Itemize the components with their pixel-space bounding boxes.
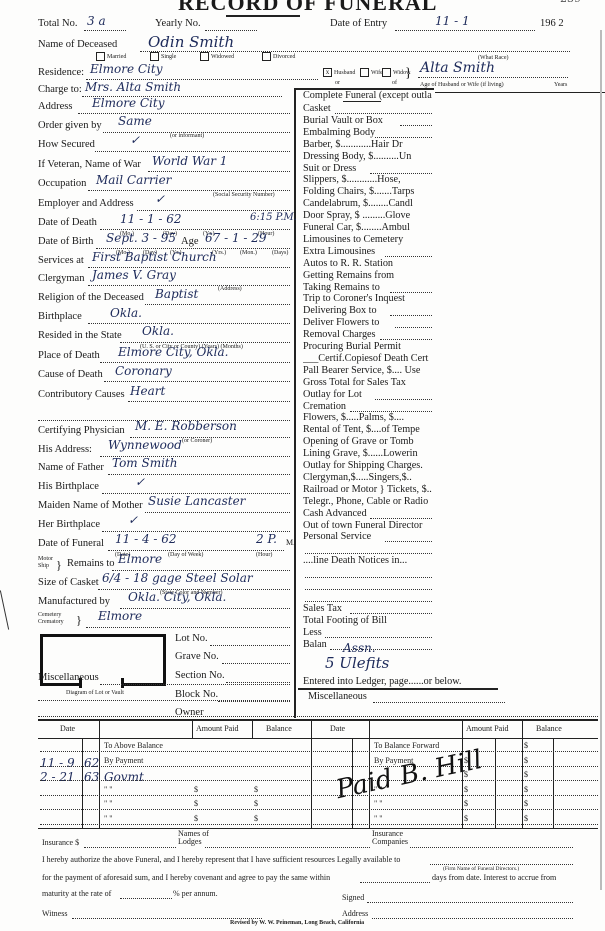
section-no-label: Section No. bbox=[175, 670, 225, 681]
date-of-birth-label: Date of Birth bbox=[38, 236, 93, 247]
physician-value[interactable]: M. E. Robberson bbox=[135, 419, 237, 433]
cemetery-value[interactable]: Elmore bbox=[98, 609, 142, 623]
father-value[interactable]: Tom Smith bbox=[112, 456, 177, 470]
ledger-balance[interactable]: $ bbox=[524, 756, 528, 765]
ledger-description: " " bbox=[104, 799, 113, 808]
charge-item: ....line Death Notices in... bbox=[303, 555, 432, 566]
ledger-amount[interactable]: $ bbox=[464, 814, 468, 823]
funeral-record-page: RECORD OF FUNERAL 239 Total No. 3 a Year… bbox=[0, 0, 605, 931]
ledger-date[interactable]: 2 - 21 bbox=[40, 770, 75, 784]
address-label: Address bbox=[38, 101, 72, 112]
charge-item: Rental of Tent, $....of Tempe bbox=[303, 424, 432, 435]
contributory-label: Contributory Causes bbox=[38, 389, 125, 400]
his-birthplace-label: His Birthplace bbox=[38, 481, 99, 492]
birthplace-value[interactable]: Okla. bbox=[110, 306, 142, 320]
residence-value[interactable]: Elmore City bbox=[90, 62, 162, 76]
ledger-left-date-header: Date bbox=[60, 724, 75, 733]
charge-item: Door Spray, $ .........Glove bbox=[303, 210, 432, 221]
signed-label: Signed bbox=[342, 893, 364, 902]
her-birthplace-label: Her Birthplace bbox=[38, 519, 100, 530]
widowed-checkbox[interactable]: Widowed bbox=[200, 52, 234, 61]
veteran-label: If Veteran, Name of War bbox=[38, 159, 141, 170]
charges-misc-label: Miscellaneous bbox=[308, 691, 508, 702]
date-of-death-hour[interactable]: 6:15 P.M. bbox=[250, 212, 297, 223]
resided-label: Resided in the State bbox=[38, 330, 122, 341]
signed-field[interactable] bbox=[367, 902, 573, 903]
page-title: RECORD OF FUNERAL bbox=[178, 0, 437, 16]
religion-label: Religion of the Deceased bbox=[38, 292, 144, 303]
wife-checkbox[interactable]: Wife bbox=[360, 68, 383, 77]
charge-item: Slippers, $............Hose, bbox=[303, 174, 432, 185]
how-secured-label: How Secured bbox=[38, 139, 95, 150]
contributory-value[interactable]: Heart bbox=[130, 384, 165, 398]
ledger-balance[interactable]: $ bbox=[254, 814, 258, 823]
husband-checkbox[interactable]: xHusband bbox=[323, 68, 355, 77]
charge-item: ___Certif.Copiesof Death Cert bbox=[303, 353, 432, 364]
occupation-label: Occupation bbox=[38, 178, 86, 189]
place-of-death-value[interactable]: Elmore City, Okla. bbox=[118, 345, 228, 359]
footer-address-label: Address bbox=[342, 909, 368, 918]
charge-item: Funeral Car, $........Ambul bbox=[303, 222, 432, 233]
charge-item: Procuring Burial Permit bbox=[303, 341, 432, 352]
ledger-balance[interactable]: $ bbox=[254, 785, 258, 794]
clergyman-label: Clergyman bbox=[38, 273, 84, 284]
balance-value[interactable]: 5 Ulefits bbox=[325, 654, 389, 672]
services-label: Services at bbox=[38, 255, 84, 266]
payment-text: for the payment of aforesaid sum, and I … bbox=[42, 873, 330, 882]
page-number: 239 bbox=[560, 0, 581, 5]
order-given-label: Order given by bbox=[38, 120, 102, 131]
charge-item: Candelabrum, $........Candl bbox=[303, 198, 432, 209]
ledger-left-amount-header: Amount Paid bbox=[196, 724, 238, 733]
companies-label: Insurance Companies bbox=[372, 830, 408, 846]
father-label: Name of Father bbox=[38, 462, 104, 473]
charge-item: Out of town Funeral Director bbox=[303, 520, 432, 531]
ledger-balance[interactable]: $ bbox=[524, 741, 528, 750]
his-birthplace-value[interactable]: ✓ bbox=[135, 475, 145, 489]
name-deceased-value[interactable]: Odin Smith bbox=[148, 33, 234, 51]
occupation-value[interactable]: Mail Carrier bbox=[96, 173, 171, 187]
authorize-text: I hereby authorize the above Funeral, an… bbox=[42, 855, 400, 864]
charge-item: Gross Total for Sales Tax bbox=[303, 377, 432, 388]
ledger-description: " " bbox=[104, 814, 113, 823]
physician-label: Certifying Physician bbox=[38, 425, 125, 436]
spouse-name-value[interactable]: Alta Smith bbox=[420, 60, 495, 76]
charge-item: Opening of Grave or Tomb bbox=[303, 436, 432, 447]
residence-label: Residence: bbox=[38, 67, 84, 78]
his-address-value[interactable]: Wynnewood bbox=[108, 438, 182, 452]
charges-heading: Complete Funeral (except outla bbox=[303, 90, 432, 101]
ledger-description: To Above Balance bbox=[104, 741, 163, 750]
ledger-year[interactable]: 63 bbox=[84, 770, 99, 784]
ledger-balance[interactable]: $ bbox=[524, 785, 528, 794]
less-value[interactable]: Assn. bbox=[343, 641, 376, 655]
ledger-balance[interactable]: $ bbox=[524, 770, 528, 779]
charge-item: Total Footing of Bill bbox=[303, 615, 432, 626]
ledger-description: " " bbox=[374, 814, 383, 823]
remains-label: Remains to bbox=[67, 558, 115, 569]
page-edge bbox=[600, 30, 602, 890]
ledger-description: " " bbox=[104, 785, 113, 794]
services-value[interactable]: First Baptist Church bbox=[92, 250, 217, 264]
employer-value[interactable]: ✓ bbox=[155, 192, 165, 206]
charge-item: Trip to Coroner's Inquest bbox=[303, 293, 432, 304]
lot-no-label: Lot No. bbox=[175, 633, 208, 644]
her-birthplace-value[interactable]: ✓ bbox=[128, 513, 138, 527]
order-given-value[interactable]: Same bbox=[118, 114, 152, 128]
remains-value[interactable]: Elmore bbox=[118, 552, 162, 566]
charge-item: Clergyman,$.....Singers,$.. bbox=[303, 472, 432, 483]
ledger-date[interactable]: 11 - 9 bbox=[40, 756, 75, 770]
funeral-time-value[interactable]: 2 P. bbox=[256, 532, 277, 546]
charge-to-label: Charge to: bbox=[38, 84, 82, 95]
witness-field[interactable] bbox=[72, 918, 262, 919]
total-no-label: Total No. bbox=[38, 18, 78, 29]
ledger-balance[interactable]: $ bbox=[254, 799, 258, 808]
charge-item: Barber, $............Hair Dr bbox=[303, 139, 432, 150]
charge-item: Limousines to Cemetery bbox=[303, 234, 432, 245]
his-address-label: His Address: bbox=[38, 444, 92, 455]
years-label: Years bbox=[554, 82, 567, 88]
age-label: Age bbox=[181, 236, 199, 247]
cause-label: Cause of Death bbox=[38, 369, 103, 380]
charge-item: Getting Remains from bbox=[303, 270, 432, 281]
ledger-left-balance-header: Balance bbox=[266, 724, 292, 733]
insurance-label: Insurance $ bbox=[42, 838, 79, 847]
charge-item: Outlay for Shipping Charges. bbox=[303, 460, 432, 471]
spouse-or-label: or bbox=[335, 80, 340, 86]
ledger-right-amount-header: Amount Paid bbox=[466, 724, 508, 733]
date-of-entry-year: 196 2 bbox=[540, 18, 564, 29]
charge-item: Flowers, $.....Palms, $.... bbox=[303, 412, 432, 423]
charge-item: Folding Chairs, $.......Tarps bbox=[303, 186, 432, 197]
single-checkbox[interactable]: Single bbox=[150, 52, 176, 61]
clergyman-value[interactable]: James V. Gray bbox=[92, 268, 176, 282]
resided-value[interactable]: Okla. bbox=[142, 324, 174, 338]
ledger-top-border bbox=[38, 719, 598, 721]
date-of-death-value[interactable]: 11 - 1 - 62 bbox=[120, 212, 182, 226]
date-of-entry-value[interactable]: 11 - 1 bbox=[435, 14, 470, 28]
charges-box-border bbox=[294, 88, 296, 718]
total-no-value[interactable]: 3 a bbox=[87, 14, 106, 28]
ledger-right-balance-header: Balance bbox=[536, 724, 562, 733]
spouse-of-label: of bbox=[392, 80, 397, 86]
date-of-entry-label: Date of Entry bbox=[330, 18, 387, 29]
ledger-right-date-header: Date bbox=[330, 724, 345, 733]
manufactured-value[interactable]: Okla. City, Okla. bbox=[128, 590, 226, 604]
ledger-amount[interactable]: $ bbox=[464, 785, 468, 794]
yearly-no-label: Yearly No. bbox=[155, 18, 201, 29]
birthplace-label: Birthplace bbox=[38, 311, 82, 322]
veteran-value[interactable]: World War 1 bbox=[152, 154, 227, 168]
ledger-amount[interactable]: $ bbox=[194, 814, 198, 823]
revised-credit: Revised by W. W. Peineman, Long Beach, C… bbox=[230, 920, 364, 926]
ledger-label: Entered into Ledger, page......or below. bbox=[303, 676, 503, 687]
cause-value[interactable]: Coronary bbox=[115, 364, 172, 378]
witness-label: Witness bbox=[42, 909, 67, 918]
charge-item: Lining Grave, $......Lowerin bbox=[303, 448, 432, 459]
footer-address-field[interactable] bbox=[372, 918, 573, 919]
casket-label: Size of Casket bbox=[38, 577, 99, 588]
ledger-balance[interactable]: $ bbox=[524, 799, 528, 808]
cemetery-label: Cemetery Crematory bbox=[38, 612, 64, 626]
employer-label: Employer and Address bbox=[38, 198, 134, 209]
date-of-death-label: Date of Death bbox=[38, 217, 97, 228]
mother-value[interactable]: Susie Lancaster bbox=[148, 494, 245, 508]
ledger-description: " " bbox=[374, 799, 383, 808]
date-of-birth-value[interactable]: Sept. 3 - 95 bbox=[106, 231, 176, 245]
ledger-amount[interactable]: $ bbox=[464, 799, 468, 808]
lot-misc-label: Miscellaneous bbox=[38, 672, 99, 683]
funeral-date-label: Date of Funeral bbox=[38, 538, 104, 549]
mother-label: Maiden Name of Mother bbox=[38, 500, 143, 511]
religion-value[interactable]: Baptist bbox=[155, 287, 198, 301]
ledger-balance[interactable]: $ bbox=[524, 814, 528, 823]
margin-mark bbox=[0, 590, 9, 629]
charge-to-value[interactable]: Mrs. Alta Smith bbox=[85, 80, 181, 94]
ledger-description: Govmt bbox=[104, 770, 144, 784]
how-secured-value[interactable]: ✓ bbox=[130, 133, 140, 147]
divorced-checkbox[interactable]: Divorced bbox=[262, 52, 295, 61]
name-deceased-label: Name of Deceased bbox=[38, 39, 117, 50]
charge-item: Telegr., Phone, Cable or Radio bbox=[303, 496, 432, 507]
married-checkbox[interactable]: Married bbox=[96, 52, 126, 61]
funeral-date-value[interactable]: 11 - 4 - 62 bbox=[115, 532, 177, 546]
manufactured-label: Manufactured by bbox=[38, 596, 110, 607]
ledger-description: To Balance Forward bbox=[374, 741, 439, 750]
place-of-death-label: Place of Death bbox=[38, 350, 100, 361]
block-no-label: Block No. bbox=[175, 689, 218, 700]
ledger-amount[interactable]: $ bbox=[194, 799, 198, 808]
ledger-amount[interactable]: $ bbox=[194, 785, 198, 794]
lodges-label: Names of Lodges bbox=[178, 830, 209, 846]
charge-item: Dressing Body, $..........Un bbox=[303, 151, 432, 162]
charge-item: Autos to R. R. Station bbox=[303, 258, 432, 269]
grave-no-label: Grave No. bbox=[175, 651, 219, 662]
maturity-text: maturity at the rate of bbox=[42, 889, 111, 898]
ledger-year[interactable]: 62 bbox=[84, 756, 99, 770]
age-value[interactable]: 67 - 1 - 29 bbox=[205, 231, 267, 245]
title-underline bbox=[226, 15, 300, 17]
address-value[interactable]: Elmore City bbox=[92, 96, 164, 110]
casket-value[interactable]: 6/4 - 18 gage Steel Solar bbox=[102, 571, 253, 585]
charge-item: Railroad or Motor } Tickets, $........ bbox=[303, 484, 432, 495]
motor-ship-label: Motor Ship bbox=[38, 556, 53, 570]
ledger-description: By Payment bbox=[104, 756, 143, 765]
lot-diagram-label: Diagram of Lot or Vault bbox=[66, 690, 124, 696]
charge-item: Pall Bearer Service, $.... Use bbox=[303, 365, 432, 376]
